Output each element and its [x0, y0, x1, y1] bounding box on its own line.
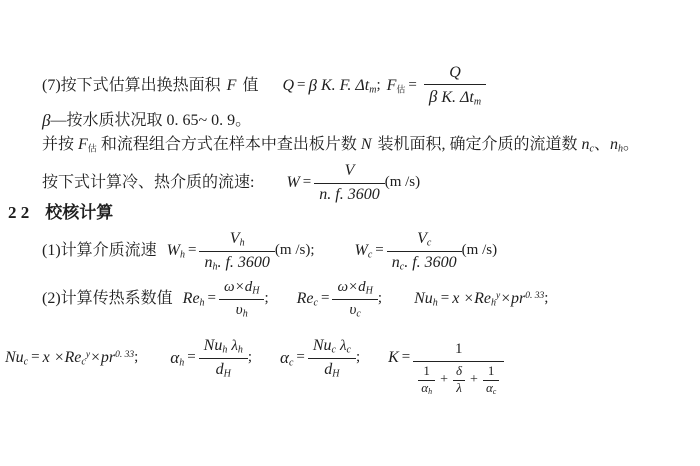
- cn-text: 和流程组合方式在样本中查出板片数: [101, 136, 357, 154]
- equals-sign: =: [303, 174, 311, 191]
- subscript-c: c: [368, 249, 372, 260]
- var-Nu-h: Nuh: [414, 290, 438, 309]
- var-beta: β: [429, 87, 437, 106]
- fraction-numerator: V: [340, 162, 360, 182]
- equals-sign: =: [375, 242, 383, 259]
- equals-sign: =: [297, 77, 305, 94]
- subscript-h: h: [180, 249, 185, 260]
- subscript-c: c: [332, 345, 336, 356]
- var-x-Re: x ×Re: [452, 290, 491, 307]
- fraction-K: 1 1 αh + δ λ + 1 αc: [413, 341, 504, 396]
- var-K: K: [388, 349, 399, 367]
- text-line-plate-count: 并按 F估 和流程组合方式在样本中查出板片数 N 装机面积, 确定介质的流道数 …: [42, 133, 639, 157]
- equals-sign: =: [321, 290, 329, 307]
- subscript-c: c: [427, 238, 431, 249]
- var-n: n: [582, 136, 590, 153]
- fraction-F-estimate: Q βK.Δtm: [424, 64, 486, 108]
- subscript-h: h: [433, 297, 438, 308]
- cn-text: (2)计算传热系数值: [42, 290, 173, 308]
- cn-text: 按下式计算冷、热介质的流速:: [42, 174, 254, 192]
- subscript-m: m: [369, 84, 376, 95]
- semicolon: ;: [544, 290, 548, 307]
- fraction-denominator: αh: [418, 381, 435, 397]
- subscript-h: h: [222, 345, 227, 356]
- subscript-h: h: [428, 387, 432, 396]
- semicolon: ;: [378, 290, 382, 307]
- var-V: V: [417, 230, 427, 247]
- subscript-h: h: [240, 238, 245, 249]
- semicolon: ;: [356, 349, 360, 366]
- section-title: 校核计算: [45, 203, 113, 223]
- fraction-alpha-c: Nucλc dH: [308, 337, 356, 379]
- var-pr: ×pr: [90, 349, 115, 366]
- term-x-Re-pow: x ×Recy×pr0. 33: [43, 349, 134, 368]
- number-one: 1: [455, 341, 463, 357]
- fraction-numerator: Nucλc: [308, 337, 356, 358]
- var-Nu: Nu: [5, 349, 24, 366]
- equals-sign: =: [296, 349, 304, 366]
- formula-line-velocity: 按下式计算冷、热介质的流速: W = V n. f. 3600 (m /s): [42, 160, 420, 206]
- var-Re: Re: [297, 290, 314, 307]
- var-alpha-h: αh: [170, 348, 184, 369]
- fraction-denominator: 1 αh + δ λ + 1 αc: [413, 362, 504, 397]
- equals-sign: =: [402, 349, 410, 366]
- subscript-c: c: [24, 356, 28, 367]
- unit-m-per-s: (m /s): [385, 174, 420, 191]
- equals-sign: =: [208, 290, 216, 307]
- var-delta-t: Δt: [460, 89, 474, 106]
- fraction-denominator: nc. f. 3600: [387, 252, 462, 273]
- var-K-F: K. F.: [321, 77, 351, 95]
- semicolon: ;: [264, 290, 268, 307]
- subscript-c: c: [289, 357, 293, 368]
- var-V: V: [345, 162, 355, 179]
- term-x-Re-pow: x ×Rehy×pr0. 33: [452, 290, 544, 309]
- var-N: N: [361, 136, 372, 154]
- document-page: (7)按下式估算出换热面积 F 值 Q = β K. F. Δtm ; F估 =…: [0, 0, 700, 466]
- var-Re-c: Rec: [297, 290, 318, 309]
- fraction-denominator: λ: [453, 381, 465, 397]
- fraction-Wc: Vc nc. f. 3600: [387, 230, 462, 272]
- var-n-c: nc: [582, 136, 594, 155]
- plus-sign: +: [470, 372, 478, 388]
- var-Nu: Nu: [313, 337, 332, 354]
- fraction-denominator: υc: [344, 300, 365, 320]
- fraction-numerator: δ: [453, 364, 465, 380]
- var-delta-t-m: Δtm: [355, 77, 376, 96]
- mini-fraction-delta-over-lambda: δ λ: [453, 364, 465, 397]
- fraction-numerator: ω×dH: [332, 279, 377, 299]
- formula-line-area-estimate: (7)按下式估算出换热面积 F 值 Q = β K. F. Δtm ; F估 =…: [42, 62, 486, 110]
- subscript-m: m: [474, 97, 481, 108]
- var-Nu-c: Nuc: [5, 349, 28, 368]
- fraction-velocity: V n. f. 3600: [314, 162, 384, 204]
- fraction-denominator: dH: [319, 359, 344, 380]
- subscript-c: c: [493, 387, 497, 396]
- subscript-c: c: [346, 345, 350, 356]
- formula-line-medium-velocity: (1)计算介质流速 Wh = Vh nh. f. 3600 (m /s); Wc…: [42, 227, 497, 275]
- cn-text: (1)计算介质流速: [42, 242, 157, 260]
- subscript-gu: 估: [396, 84, 405, 94]
- var-x-Re: x ×Re: [43, 349, 82, 366]
- var-W: W: [167, 242, 180, 259]
- var-delta-t: Δt: [355, 77, 369, 94]
- var-f-3600: . f. 3600: [217, 254, 269, 271]
- var-alpha: α: [280, 348, 289, 367]
- fraction-numerator: ω×dH: [219, 279, 264, 299]
- var-alpha: α: [170, 348, 179, 367]
- var-f-3600: . f. 3600: [404, 254, 456, 271]
- var-omega-d: ω×d: [337, 279, 365, 295]
- fraction-denominator: αc: [483, 381, 499, 397]
- fraction-numerator: 1: [420, 364, 433, 380]
- subscript-H: H: [252, 286, 259, 297]
- var-V: V: [230, 230, 240, 247]
- cn-punct: 、: [594, 136, 610, 154]
- fraction-Re-c: ω×dH υc: [332, 279, 377, 319]
- equals-sign: =: [408, 77, 416, 94]
- var-n-h: nh: [610, 136, 623, 155]
- subscript-c: c: [356, 308, 360, 319]
- fraction-Wh: Vh nh. f. 3600: [199, 230, 274, 272]
- fraction-numerator: 1: [450, 341, 468, 360]
- text-line-beta-range: β —按水质状况取 0. 65~ 0. 9。: [42, 109, 251, 133]
- semicolon: ;: [376, 77, 380, 94]
- cn-text: 并按: [42, 136, 74, 154]
- var-n: n: [610, 136, 618, 153]
- subscript-H: H: [366, 286, 373, 297]
- fraction-alpha-h: Nuhλh dH: [199, 337, 248, 379]
- fraction-denominator: dH: [211, 359, 236, 380]
- mini-fraction-1-over-alpha-h: 1 αh: [418, 364, 435, 397]
- subscript-H: H: [332, 368, 339, 379]
- subscript-H: H: [224, 368, 231, 379]
- fraction-numerator: Q: [444, 64, 466, 84]
- semicolon: ;: [248, 349, 252, 366]
- var-Nu: Nu: [414, 290, 433, 307]
- var-W: W: [355, 242, 368, 259]
- cn-text: —按水质状况取 0. 65~ 0. 9。: [50, 112, 251, 130]
- var-F: F: [227, 77, 237, 95]
- var-n: n: [392, 254, 400, 271]
- cn-punct: 。: [623, 136, 639, 154]
- superscript-0-33: 0. 33: [115, 350, 134, 360]
- fraction-numerator: 1: [485, 364, 498, 380]
- fraction-numerator: Vc: [412, 230, 436, 251]
- var-W-h: Wh: [167, 242, 185, 261]
- var-W-c: Wc: [355, 242, 373, 261]
- var-Re: Re: [183, 290, 200, 307]
- equals-sign: =: [441, 290, 449, 307]
- var-omega-d: ω×d: [224, 279, 252, 295]
- var-F: F: [387, 77, 397, 94]
- var-beta: β: [309, 76, 317, 96]
- cn-text: (7)按下式估算出换热面积: [42, 77, 221, 95]
- mini-fraction-1-over-alpha-c: 1 αc: [483, 364, 499, 397]
- var-n-f-3600: n. f. 3600: [319, 186, 379, 203]
- section-heading: 2 2 校核计算: [8, 201, 113, 225]
- var-d: d: [216, 361, 224, 378]
- equals-sign: =: [187, 349, 195, 366]
- fraction-denominator: βK.Δtm: [424, 85, 486, 108]
- subscript-h: h: [200, 297, 205, 308]
- var-Q: Q: [449, 64, 461, 81]
- fraction-denominator: nh. f. 3600: [199, 252, 274, 273]
- fraction-denominator: υh: [231, 300, 253, 320]
- var-delta: δ: [456, 363, 462, 378]
- equals-sign: =: [188, 242, 196, 259]
- fraction-numerator: Vh: [225, 230, 250, 251]
- var-alpha-c: αc: [280, 348, 293, 369]
- subscript-h: h: [238, 345, 243, 356]
- var-F-estimate: F估: [387, 77, 406, 95]
- cn-text: 值: [242, 77, 258, 95]
- subscript-gu: 估: [88, 143, 97, 153]
- var-K: K.: [441, 89, 456, 106]
- unit-m-per-s: (m /s): [462, 242, 497, 259]
- var-Re-h: Reh: [183, 290, 205, 309]
- var-F-estimate: F估: [78, 136, 97, 154]
- fraction-Re-h: ω×dH υh: [219, 279, 264, 319]
- formula-line-reynolds: (2)计算传热系数值 Reh = ω×dH υh ; Rec = ω×dH υc…: [42, 274, 548, 324]
- subscript-h: h: [179, 357, 184, 368]
- fraction-numerator: Nuhλh: [199, 337, 248, 358]
- semicolon: ;: [134, 349, 138, 366]
- var-alpha: α: [486, 380, 493, 395]
- var-lambda: λ: [456, 380, 462, 395]
- formula-line-coefficients: Nuc = x ×Recy×pr0. 33 ; αh = Nuhλh dH ; …: [5, 322, 504, 394]
- fraction-denominator: n. f. 3600: [314, 184, 384, 204]
- superscript-0-33: 0. 33: [525, 291, 544, 301]
- cn-text: 装机面积, 确定介质的流道数: [378, 136, 578, 154]
- equals-sign: =: [31, 349, 39, 366]
- plus-sign: +: [440, 372, 448, 388]
- subscript-c: c: [314, 297, 318, 308]
- var-upsilon: υ: [236, 302, 243, 318]
- unit-m-per-s: (m /s);: [275, 242, 315, 259]
- var-Q: Q: [282, 77, 294, 95]
- var-Nu: Nu: [204, 337, 223, 354]
- var-W: W: [286, 174, 299, 192]
- var-pr: ×pr: [500, 290, 525, 307]
- section-number: 2 2: [8, 203, 29, 223]
- var-F: F: [78, 136, 88, 153]
- subscript-h: h: [243, 308, 248, 319]
